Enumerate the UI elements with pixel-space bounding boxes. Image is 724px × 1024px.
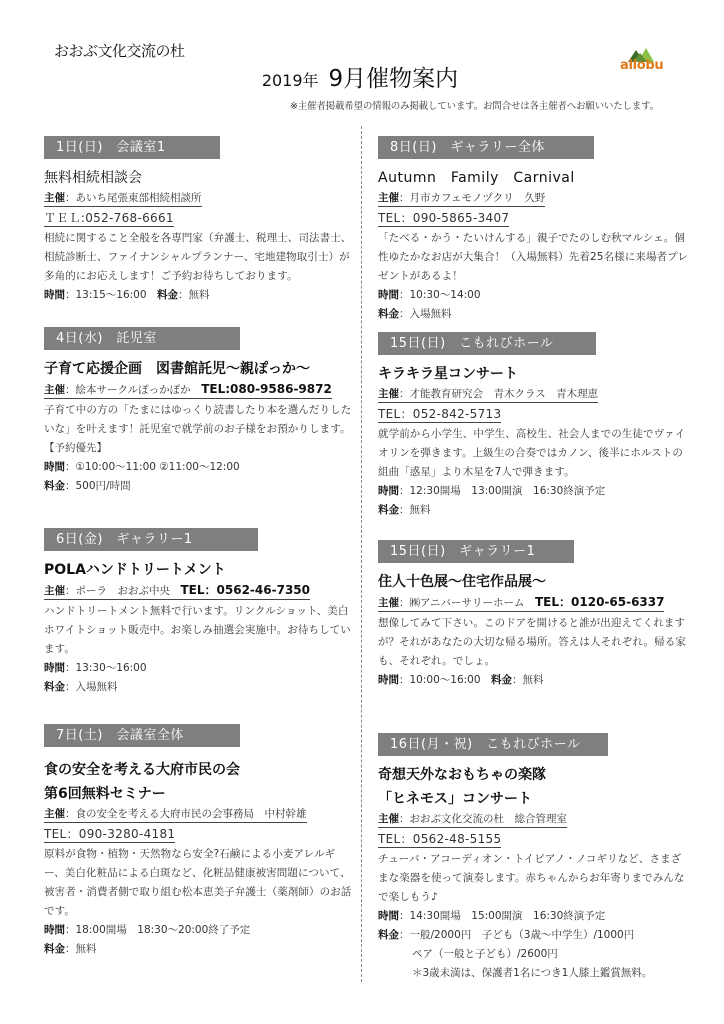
event-title-line2: 第6回無料セミナー: [44, 783, 354, 805]
event-title: Autumn Family Carnival: [378, 167, 688, 189]
event-date-venue: 4日(水) 託児室: [44, 327, 240, 350]
event-description: 想像してみて下さい。このドアを開けると誰が出迎えてくれますが？それがあなたの大切…: [378, 614, 688, 671]
event-title: POLAハンドトリートメント: [44, 559, 354, 581]
event-organizer: 主催：㈱アニバーサリーホーム TEL：0120-65-6337: [378, 595, 664, 612]
event-card-6: 15日(日) こもれびホール キラキラ星コンサート 主催：才能教育研究会 青木ク…: [378, 332, 688, 520]
event-card-4: 7日(土) 会議室全体 食の安全を考える大府市民の会 第6回無料セミナー 主催：…: [44, 724, 354, 959]
event-card-2: 4日(水) 託児室 子育て応援企画 図書館託児～親ぽっか～ 主催：絵本サークルぽ…: [44, 327, 354, 496]
event-note: 【予約優先】: [44, 439, 354, 458]
event-card-3: 6日(金) ギャラリー1 POLAハンドトリートメント 主催：ポーラ おおぶ中央…: [44, 528, 354, 697]
event-card-5: 8日(日) ギャラリー全体 Autumn Family Carnival 主催：…: [378, 136, 688, 324]
event-description: チューバ・アコーディオン・トイピアノ・ノコギリなど、さまざまな楽器を使って演奏し…: [378, 850, 688, 907]
event-fee: 料金：一般/2000円 子ども（3歳～中学生）/1000円: [378, 926, 688, 945]
event-fee: 料金：入場無料: [44, 678, 354, 697]
event-organizer: 主催：才能教育研究会 青木クラス 青木理恵: [378, 387, 598, 403]
event-organizer: 主催：あいち尾張東部相続相談所: [44, 191, 202, 207]
event-date-venue: 8日(日) ギャラリー全体: [378, 136, 594, 159]
logo-wordmark: allobu: [620, 58, 663, 73]
event-description: 就学前から小学生、中学生、高校生、社会人までの生徒でヴァイオリンを弾きます。上級…: [378, 425, 688, 482]
event-title-line2: 「ヒネモス」コンサート: [378, 788, 688, 810]
publication-notice: ※主催者掲載希望の情報のみ掲載しています。お問合せは各主催者へお願いいたします。: [290, 98, 659, 112]
event-time: 時間：①10:00～11:00 ②11:00～12:00: [44, 458, 354, 477]
event-title: キラキラ星コンサート: [378, 363, 688, 385]
event-organizer: 主催：絵本サークルぽっかぽか TEL:080-9586-9872: [44, 382, 332, 399]
event-tel: TEL：090-5865-3407: [378, 211, 509, 227]
event-time-fee: 時間：10:00～16:00 料金：無料: [378, 671, 688, 690]
event-date-venue: 1日(日) 会議室1: [44, 136, 220, 159]
event-date-venue: 15日(日) こもれびホール: [378, 332, 596, 355]
event-fee-pair: ペア（一般と子ども）/2600円: [378, 945, 688, 964]
event-time: 時間：12:30開場 13:00開演 16:30終演予定: [378, 482, 688, 501]
title-year: 2019年: [262, 71, 319, 90]
event-time: 時間：13:30～16:00: [44, 659, 354, 678]
event-fee: 料金：無料: [378, 501, 688, 520]
event-fee: 料金：500円/時間: [44, 477, 354, 496]
column-divider: [361, 126, 362, 982]
event-fee: 料金：無料: [44, 940, 354, 959]
event-date-venue: 16日(月・祝) こもれびホール: [378, 733, 608, 756]
event-time-fee: 時間：13:15～16:00 料金：無料: [44, 286, 354, 305]
event-organizer: 主催：月市カフェモノヅクリ 久野: [378, 191, 545, 207]
event-title-line1: 食の安全を考える大府市民の会: [44, 759, 354, 781]
event-organizer: 主催：食の安全を考える大府市民の会事務局 中村幹雄: [44, 807, 307, 823]
event-time: 時間：18:00開場 18:30～20:00終了予定: [44, 921, 354, 940]
event-tel: TEL：090-3280-4181: [44, 827, 175, 843]
event-description: ハンドトリートメント無料で行います。リンクルショット、美白ホワイトショット販売中…: [44, 602, 354, 659]
event-description: 原料が食物・植物・天然物なら安全?石鹸による小麦アレルギー、美白化粧品による白斑…: [44, 845, 354, 921]
event-description: 相続に関すること全般を各専門家（弁護士、税理士、司法書士、相続診断士、ファイナン…: [44, 229, 354, 286]
event-time: 時間：10:30～14:00: [378, 286, 688, 305]
event-date-venue: 15日(日) ギャラリー1: [378, 540, 574, 563]
allobu-logo: allobu: [618, 46, 674, 74]
event-title: 無料相続相談会: [44, 167, 354, 189]
event-tel: TEL：052-842-5713: [378, 407, 501, 423]
event-title-line1: 奇想天外なおもちゃの楽隊: [378, 764, 688, 786]
event-tel: TEL：0562-48-5155: [378, 832, 501, 848]
event-organizer: 主催：ポーラ おおぶ中央 TEL：0562-46-7350: [44, 583, 310, 600]
event-organizer: 主催：おおぶ文化交流の杜 総合管理室: [378, 812, 567, 828]
event-time: 時間：14:30開場 15:00開演 16:30終演予定: [378, 907, 688, 926]
event-date-venue: 6日(金) ギャラリー1: [44, 528, 258, 551]
event-card-7: 15日(日) ギャラリー1 住人十色展～住宅作品展～ 主催：㈱アニバーサリーホー…: [378, 540, 688, 690]
title-main: 9月催物案内: [329, 66, 459, 92]
event-fee-note: ＊3歳未満は、保護者1名につき1人膝上鑑賞無料。: [378, 964, 688, 983]
event-card-8: 16日(月・祝) こもれびホール 奇想天外なおもちゃの楽隊 「ヒネモス」コンサー…: [378, 733, 688, 983]
event-description: 子育て中の方の「たまにはゆっくり読書したり本を選んだりしたいな」を叶えます！託児…: [44, 401, 354, 439]
event-title: 子育て応援企画 図書館託児～親ぽっか～: [44, 358, 354, 380]
event-title: 住人十色展～住宅作品展～: [378, 571, 688, 593]
organization-name: おおぶ文化交流の杜: [54, 40, 185, 61]
event-date-venue: 7日(土) 会議室全体: [44, 724, 240, 747]
page-title: 2019年9月催物案内: [190, 60, 530, 93]
event-description: 「たべる・かう・たいけんする」親子でたのしむ秋マルシェ。個性ゆたかなお店が大集合…: [378, 229, 688, 286]
event-card-1: 1日(日) 会議室1 無料相続相談会 主催：あいち尾張東部相続相談所 ＴＥＬ:0…: [44, 136, 354, 305]
event-fee: 料金：入場無料: [378, 305, 688, 324]
event-tel: ＴＥＬ:052-768-6661: [44, 211, 174, 227]
